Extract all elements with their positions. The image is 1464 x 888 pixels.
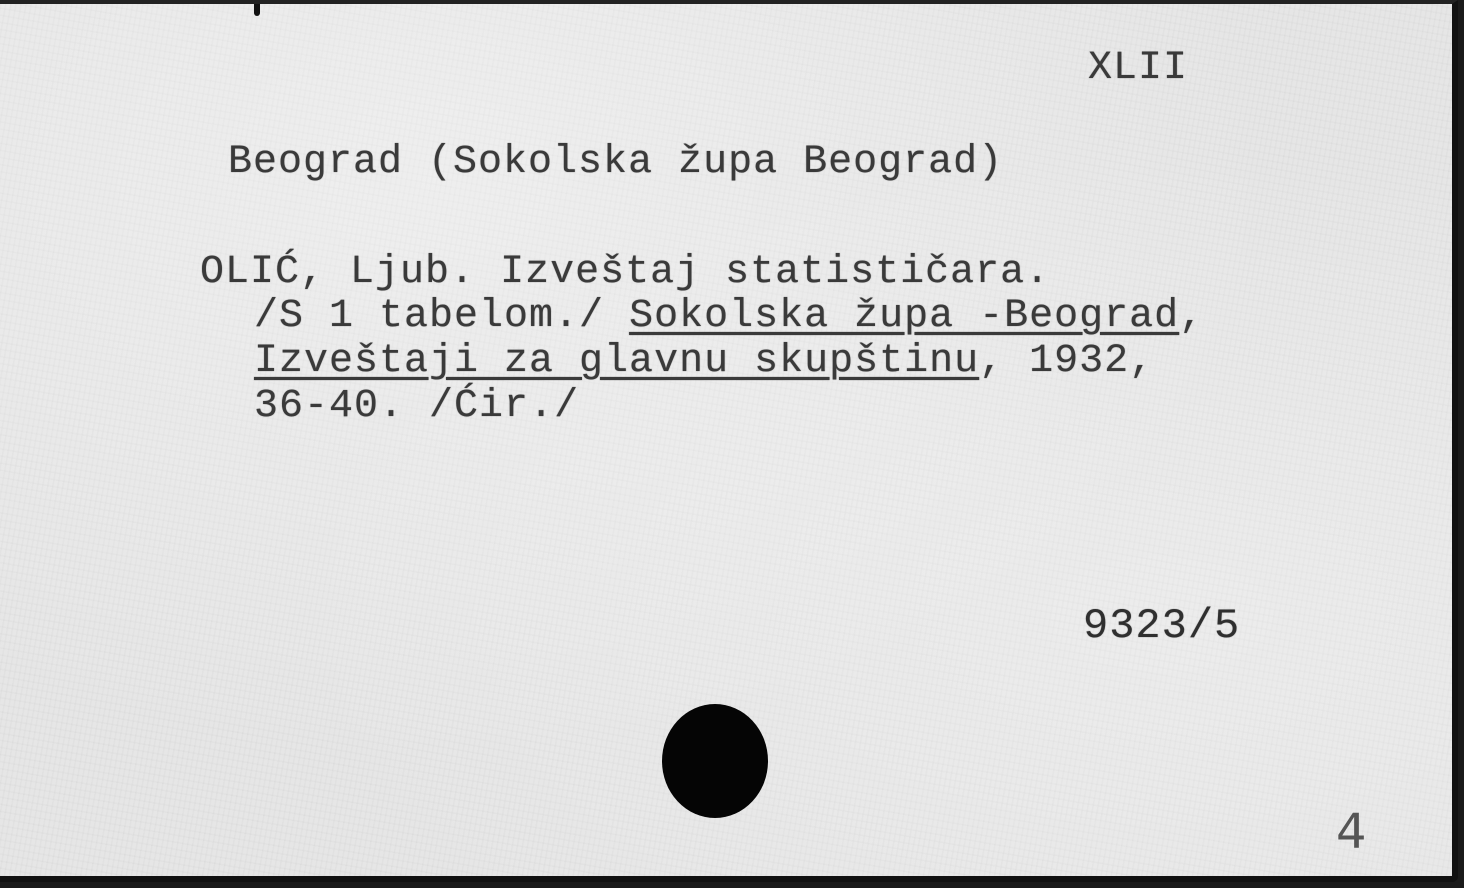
entry-series-publisher: Sokolska župa -Beograd — [629, 294, 1179, 339]
entry-pages: 36-40. — [254, 384, 404, 429]
entry-comma: , — [1179, 294, 1204, 339]
entry-line-author-title: OLIĆ, Ljub. Izveštaj statističara. — [200, 250, 1050, 295]
accession-number: 9323/5 — [1083, 602, 1240, 650]
call-number: XLII — [1088, 46, 1188, 91]
entry-script-note: /Ćir./ — [429, 384, 579, 429]
card-top-notch — [254, 4, 260, 16]
entry-author: OLIĆ, Ljub. — [200, 250, 475, 295]
entry-title: Izveštaj statističara. — [500, 250, 1050, 295]
entry-line-series-title: Izveštaji za glavnu skupštinu, 1932, — [254, 339, 1154, 384]
handwritten-mark: 4 — [1336, 804, 1367, 860]
entry-line-pages: 36-40. /Ćir./ — [254, 384, 579, 429]
entry-year: 1932 — [1029, 339, 1129, 384]
punch-hole — [662, 704, 768, 818]
entry-series-title: Izveštaji za glavnu skupštinu — [254, 339, 979, 384]
entry-comma: , — [979, 339, 1029, 384]
entry-line-note-series: /S 1 tabelom./ Sokolska župa -Beograd, — [254, 294, 1204, 339]
entry-comma: , — [1129, 339, 1154, 384]
entry-note: /S 1 tabelom./ — [254, 294, 604, 339]
catalog-card: XLII Beograd (Sokolska župa Beograd) OLI… — [0, 0, 1458, 882]
subject-heading: Beograd (Sokolska župa Beograd) — [228, 140, 1003, 185]
